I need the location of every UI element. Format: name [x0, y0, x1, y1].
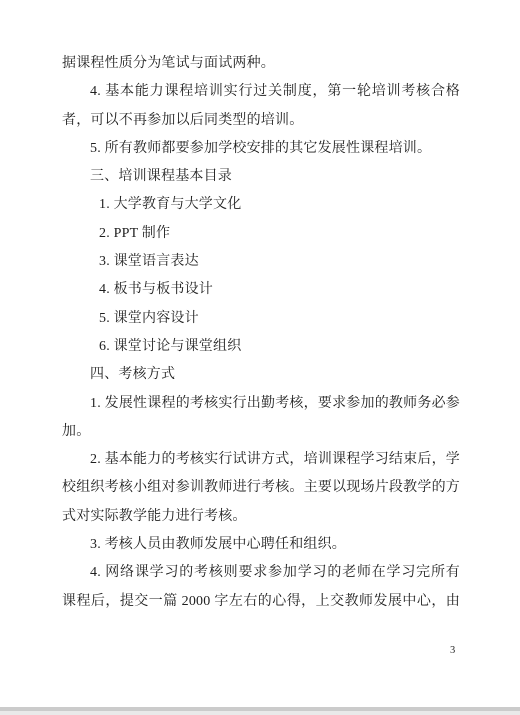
document-text-block: 据课程性质分为笔试与面试两种。4. 基本能力课程培训实行过关制度，第一轮培训考核… — [62, 50, 460, 616]
document-page: 据课程性质分为笔试与面试两种。4. 基本能力课程培训实行过关制度，第一轮培训考核… — [0, 0, 520, 715]
text-line: 者，可以不再参加以后同类型的培训。 — [62, 107, 460, 135]
text-line: 2. 基本能力的考核实行试讲方式，培训课程学习结束后，学 — [62, 446, 460, 474]
text-line: 三、培训课程基本目录 — [62, 163, 460, 191]
text-line: 加。 — [62, 418, 460, 446]
text-line: 式对实际教学能力进行考核。 — [62, 503, 460, 531]
text-line: 5. 课堂内容设计 — [62, 305, 460, 333]
text-line: 课程后，提交一篇 2000 字左右的心得，上交教师发展中心，由 — [62, 588, 460, 616]
text-line: 4. 板书与板书设计 — [62, 276, 460, 304]
text-line: 1. 发展性课程的考核实行出勤考核，要求参加的教师务必参 — [62, 390, 460, 418]
text-line: 据课程性质分为笔试与面试两种。 — [62, 50, 460, 78]
text-line: 4. 网络课学习的考核则要求参加学习的老师在学习完所有 — [62, 559, 460, 587]
text-line: 3. 课堂语言表达 — [62, 248, 460, 276]
text-line: 6. 课堂讨论与课堂组织 — [62, 333, 460, 361]
viewer-background-strip — [0, 711, 520, 715]
text-line: 四、考核方式 — [62, 361, 460, 389]
text-line: 2. PPT 制作 — [62, 220, 460, 248]
text-line: 1. 大学教育与大学文化 — [62, 191, 460, 219]
text-line: 校组织考核小组对参训教师进行考核。主要以现场片段教学的方 — [62, 474, 460, 502]
page-number: 3 — [450, 644, 455, 658]
text-line: 3. 考核人员由教师发展中心聘任和组织。 — [62, 531, 460, 559]
text-line: 4. 基本能力课程培训实行过关制度，第一轮培训考核合格 — [62, 78, 460, 106]
text-line: 5. 所有教师都要参加学校安排的其它发展性课程培训。 — [62, 135, 460, 163]
